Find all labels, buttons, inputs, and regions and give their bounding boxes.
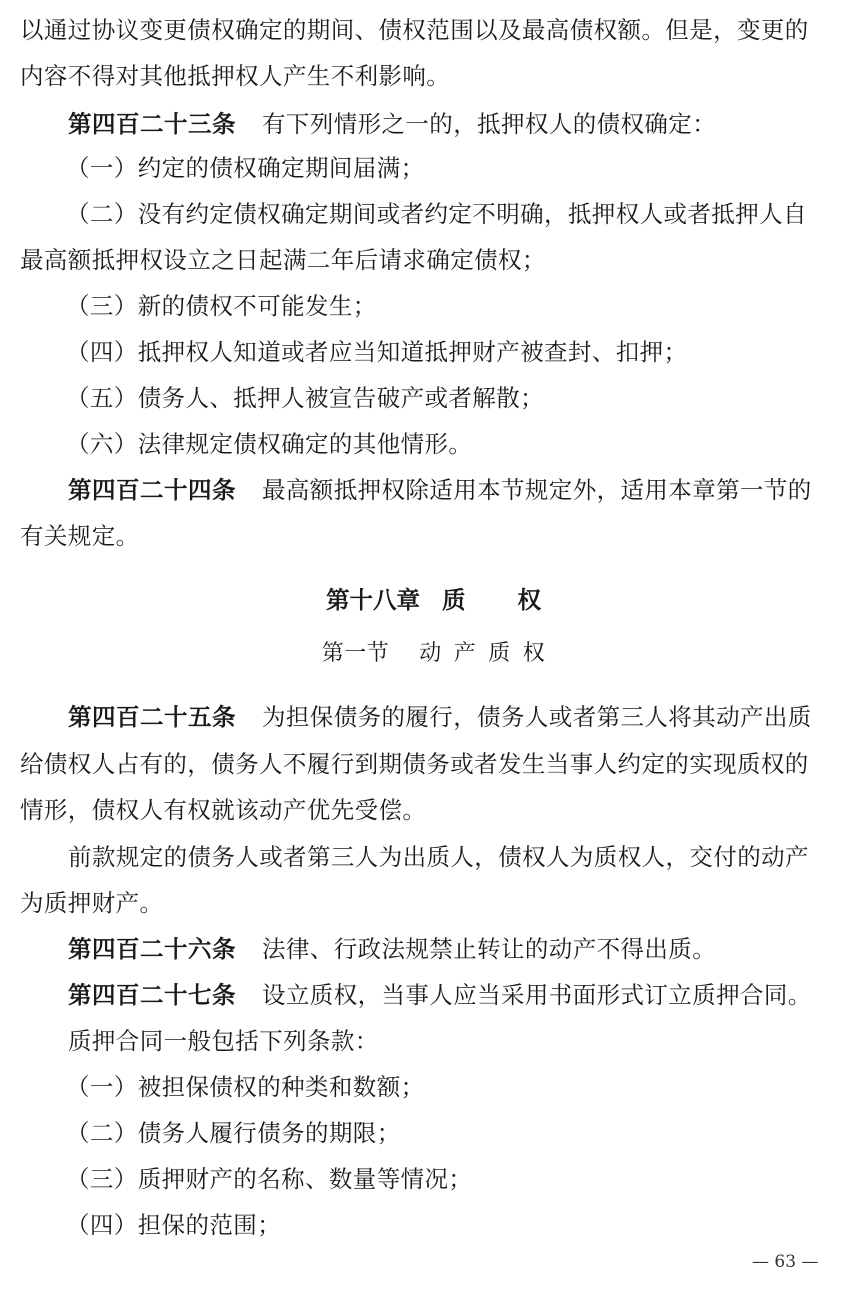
article-427: 第四百二十七条设立质权，当事人应当采用书面形式订立质押合同。 <box>68 980 867 1010</box>
paragraph-line: 以通过协议变更债权确定的期间、债权范围以及最高债权额。但是，变更的 <box>20 15 850 45</box>
section-heading: 第一节动产质权 <box>0 639 867 669</box>
list-item: （三）质押财产的名称、数量等情况； <box>66 1164 867 1194</box>
list-item: （四）担保的范围； <box>66 1210 867 1240</box>
paragraph-line: 为质押财产。 <box>20 888 850 918</box>
article-number: 第四百二十三条 <box>68 110 236 138</box>
paragraph-line: 情形，债权人有权就该动产优先受偿。 <box>20 795 850 825</box>
list-item: （一）被担保债权的种类和数额； <box>66 1072 867 1102</box>
paragraph-line: 前款规定的债务人或者第三人为出质人，债权人为质权人，交付的动产 <box>68 842 867 872</box>
list-item: （六）法律规定债权确定的其他情形。 <box>66 429 867 459</box>
section-title-char: 权 <box>523 641 546 666</box>
list-item: （三）新的债权不可能发生； <box>66 291 867 321</box>
article-number: 第四百二十五条 <box>68 703 236 731</box>
section-title-char: 产 <box>454 641 477 666</box>
section-title-char: 动 <box>419 641 442 666</box>
article-text: 有下列情形之一的，抵押权人的债权确定： <box>262 110 716 138</box>
list-item: （一）约定的债权确定期间届满； <box>66 153 867 183</box>
article-423: 第四百二十三条有下列情形之一的，抵押权人的债权确定： <box>68 109 867 139</box>
paragraph-line: 质押合同一般包括下列条款： <box>68 1026 867 1056</box>
section-title-char: 质 <box>488 641 511 666</box>
list-item: （五）债务人、抵押人被宣告破产或者解散； <box>66 383 867 413</box>
article-425: 第四百二十五条为担保债务的履行，债务人或者第三人将其动产出质 <box>68 702 867 732</box>
article-number: 第四百二十七条 <box>68 981 236 1009</box>
chapter-title-char: 权 <box>518 586 542 614</box>
page-number: — 63 — <box>752 1250 818 1274</box>
article-text: 设立质权，当事人应当采用书面形式订立质押合同。 <box>262 981 812 1009</box>
article-number: 第四百二十六条 <box>68 935 236 963</box>
paragraph-line: 有关规定。 <box>20 521 850 551</box>
chapter-heading: 第十八章质权 <box>0 585 867 615</box>
article-text: 为担保债务的履行，债务人或者第三人将其动产出质 <box>262 703 812 731</box>
list-item: （四）抵押权人知道或者应当知道抵押财产被查封、扣押； <box>66 337 867 367</box>
article-426: 第四百二十六条法律、行政法规禁止转让的动产不得出质。 <box>68 934 867 964</box>
chapter-number: 第十八章 <box>326 586 420 614</box>
list-item: （二）债务人履行债务的期限； <box>66 1118 867 1148</box>
paragraph-line: 给债权人占有的，债务人不履行到期债务或者发生当事人约定的实现质权的 <box>20 749 850 779</box>
list-item: （二）没有约定债权确定期间或者约定不明确，抵押权人或者抵押人自 <box>66 199 867 229</box>
paragraph-line: 内容不得对其他抵押权人产生不利影响。 <box>20 61 850 91</box>
document-page: 以通过协议变更债权确定的期间、债权范围以及最高债权额。但是，变更的 内容不得对其… <box>0 0 867 1289</box>
article-text: 法律、行政法规禁止转让的动产不得出质。 <box>262 935 716 963</box>
section-number: 第一节 <box>322 641 390 666</box>
article-424: 第四百二十四条最高额抵押权除适用本节规定外，适用本章第一节的 <box>68 475 867 505</box>
chapter-title-char: 质 <box>442 586 466 614</box>
article-text: 最高额抵押权除适用本节规定外，适用本章第一节的 <box>262 476 812 504</box>
list-item-continuation: 最高额抵押权设立之日起满二年后请求确定债权； <box>20 245 850 275</box>
article-number: 第四百二十四条 <box>68 476 236 504</box>
